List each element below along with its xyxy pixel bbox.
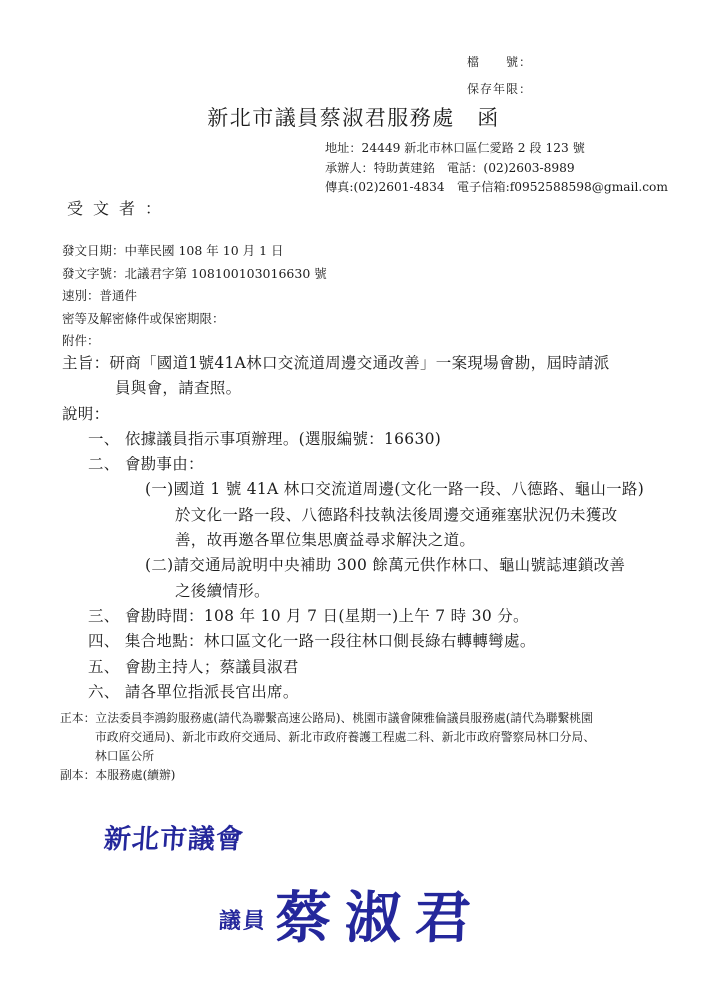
carbon-copy-line: 副本：本服務處(續辦)	[60, 766, 705, 785]
letter-body: 主旨：研商「國道1號41A林口交流道周邊交通改善」一案現場會勘，屆時請派 員與會…	[62, 351, 687, 705]
subject-line-1: 主旨：研商「國道1號41A林口交流道周邊交通改善」一案現場會勘，屆時請派	[62, 351, 687, 376]
sender-contact-line: 承辦人：特助黃建銘 電話：(02)2603-8989	[325, 159, 668, 179]
recipient-label: 受文者：	[67, 196, 171, 219]
sender-info-block: 地址：24449 新北市林口區仁愛路 2 段 123 號 承辦人：特助黃建銘 電…	[325, 139, 668, 198]
original-copy-line-2: 市政府交通局)、新北市政府交通局、新北市政府養護工程處二科、新北市政府警察局林口…	[60, 728, 705, 747]
distribution-block: 正本：立法委員李鴻鈞服務處(請代為聯繫高速公路局)、桃園市議會陳雅倫議員服務處(…	[60, 709, 705, 785]
explanation-item-2-1-line-1: (一)國道 1 號 41A 林口交流道周邊(文化一路一段、八德路、龜山一路)	[62, 477, 687, 502]
sender-address-line: 地址：24449 新北市林口區仁愛路 2 段 123 號	[325, 139, 668, 159]
issue-date-line: 發文日期：中華民國 108 年 10 月 1 日	[62, 240, 327, 263]
document-title: 新北市議員蔡淑君服務處 函	[0, 102, 707, 132]
document-page: 檔 號： 保存年限： 新北市議員蔡淑君服務處 函 地址：24449 新北市林口區…	[0, 0, 707, 1000]
signature-council-name: 新北市議會	[103, 817, 246, 856]
signature-member-title: 議員	[218, 904, 268, 935]
retention-period-line: 保存年限：	[467, 76, 532, 103]
original-copy-line-1: 正本：立法委員李鴻鈞服務處(請代為聯繫高速公路局)、桃園市議會陳雅倫議員服務處(…	[60, 709, 705, 728]
explanation-item-1: 一、 依據議員指示事項辦理。(選服編號：16630)	[62, 427, 687, 452]
explanation-item-3: 三、 會勘時間：108 年 10 月 7 日(星期一)上午 7 時 30 分。	[62, 604, 687, 629]
attachment-line: 附件：	[62, 330, 327, 353]
explanation-item-2-2-line-1: (二)請交通局說明中央補助 300 餘萬元供作林口、龜山號誌連鎖改善	[62, 553, 687, 578]
explanation-item-2: 二、 會勘事由：	[62, 452, 687, 477]
doc-meta-block: 發文日期：中華民國 108 年 10 月 1 日 發文字號：北議君字第 1081…	[62, 240, 327, 353]
file-meta-block: 檔 號： 保存年限：	[467, 49, 532, 103]
security-line: 密等及解密條件或保密期限：	[62, 308, 327, 331]
explanation-item-4: 四、 集合地點：林口區文化一路一段往林口側長綠右轉轉彎處。	[62, 629, 687, 654]
signature-member-name: 蔡淑君	[274, 874, 487, 954]
file-number-line: 檔 號：	[467, 49, 532, 76]
subject-line-2: 員與會，請查照。	[62, 376, 687, 401]
explanation-item-5: 五、 會勘主持人；蔡議員淑君	[62, 655, 687, 680]
explanation-label: 說明：	[62, 402, 687, 427]
explanation-item-2-1-line-3: 善，故再邀各單位集思廣益尋求解決之道。	[62, 528, 687, 553]
sender-fax-email-line: 傳真:(02)2601-4834 電子信箱:f0952588598@gmail.…	[325, 178, 668, 198]
issue-number-line: 發文字號：北議君字第 108100103016630 號	[62, 263, 327, 286]
priority-line: 速別：普通件	[62, 285, 327, 308]
original-copy-line-3: 林口區公所	[60, 747, 705, 766]
explanation-item-2-2-line-2: 之後續情形。	[62, 579, 687, 604]
explanation-item-2-1-line-2: 於文化一路一段、八德路科技執法後周邊交通雍塞狀況仍未獲改	[62, 503, 687, 528]
explanation-item-6: 六、 請各單位指派長官出席。	[62, 680, 687, 705]
